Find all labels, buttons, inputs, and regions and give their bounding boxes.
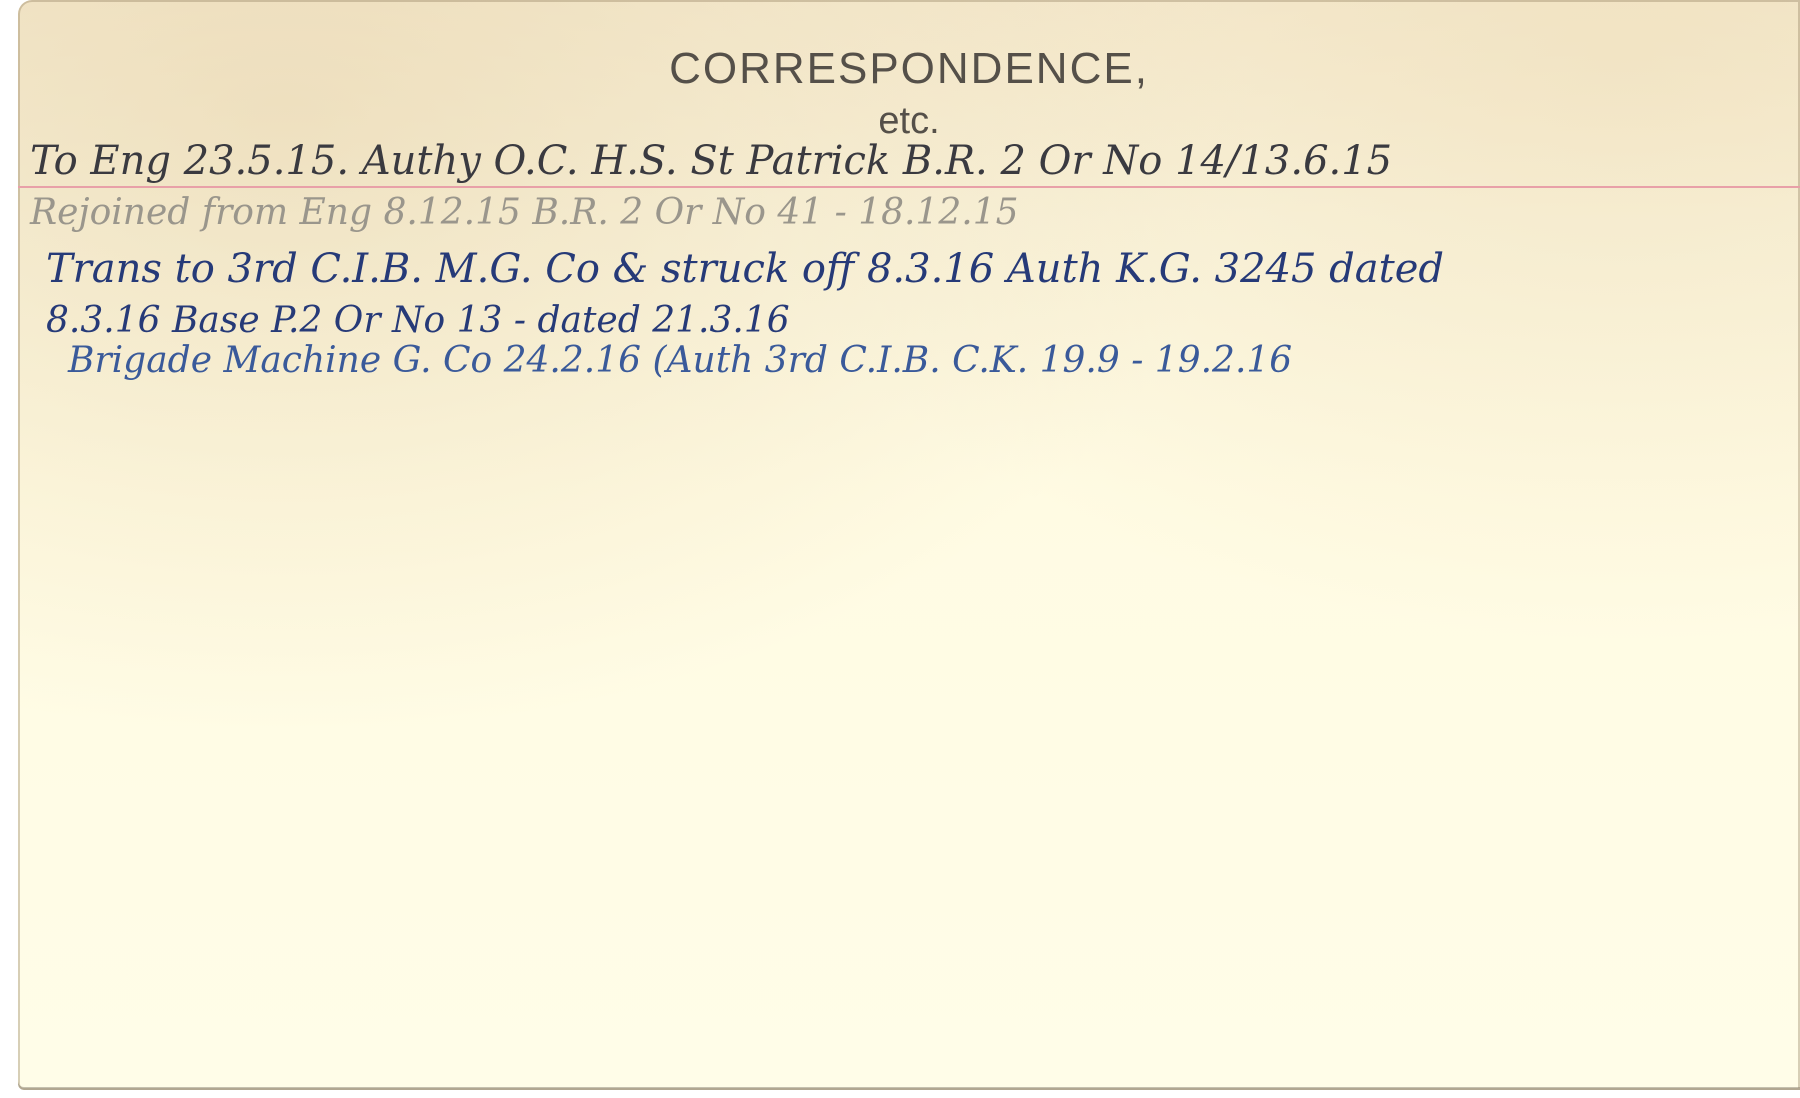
entry-brigade-machine-gun-co: Brigade Machine G. Co 24.2.16 (Auth 3rd … — [68, 340, 1292, 381]
entry-base-part-two-order: 8.3.16 Base P.2 Or No 13 - dated 21.3.16 — [46, 300, 790, 341]
card-heading: CORRESPONDENCE, — [18, 44, 1800, 94]
entry-transferred-struck-off: Trans to 3rd C.I.B. M.G. Co & struck off… — [46, 246, 1444, 292]
red-rule-line — [18, 186, 1800, 188]
entry-rejoined-from-england: Rejoined from Eng 8.12.15 B.R. 2 Or No 4… — [30, 192, 1019, 233]
scanned-record-card: CORRESPONDENCE, etc. To Eng 23.5.15. Aut… — [0, 0, 1800, 1098]
card-subheading: etc. — [18, 100, 1800, 143]
record-card: CORRESPONDENCE, etc. To Eng 23.5.15. Aut… — [18, 0, 1800, 1090]
entry-to-england: To Eng 23.5.15. Authy O.C. H.S. St Patri… — [30, 138, 1392, 184]
